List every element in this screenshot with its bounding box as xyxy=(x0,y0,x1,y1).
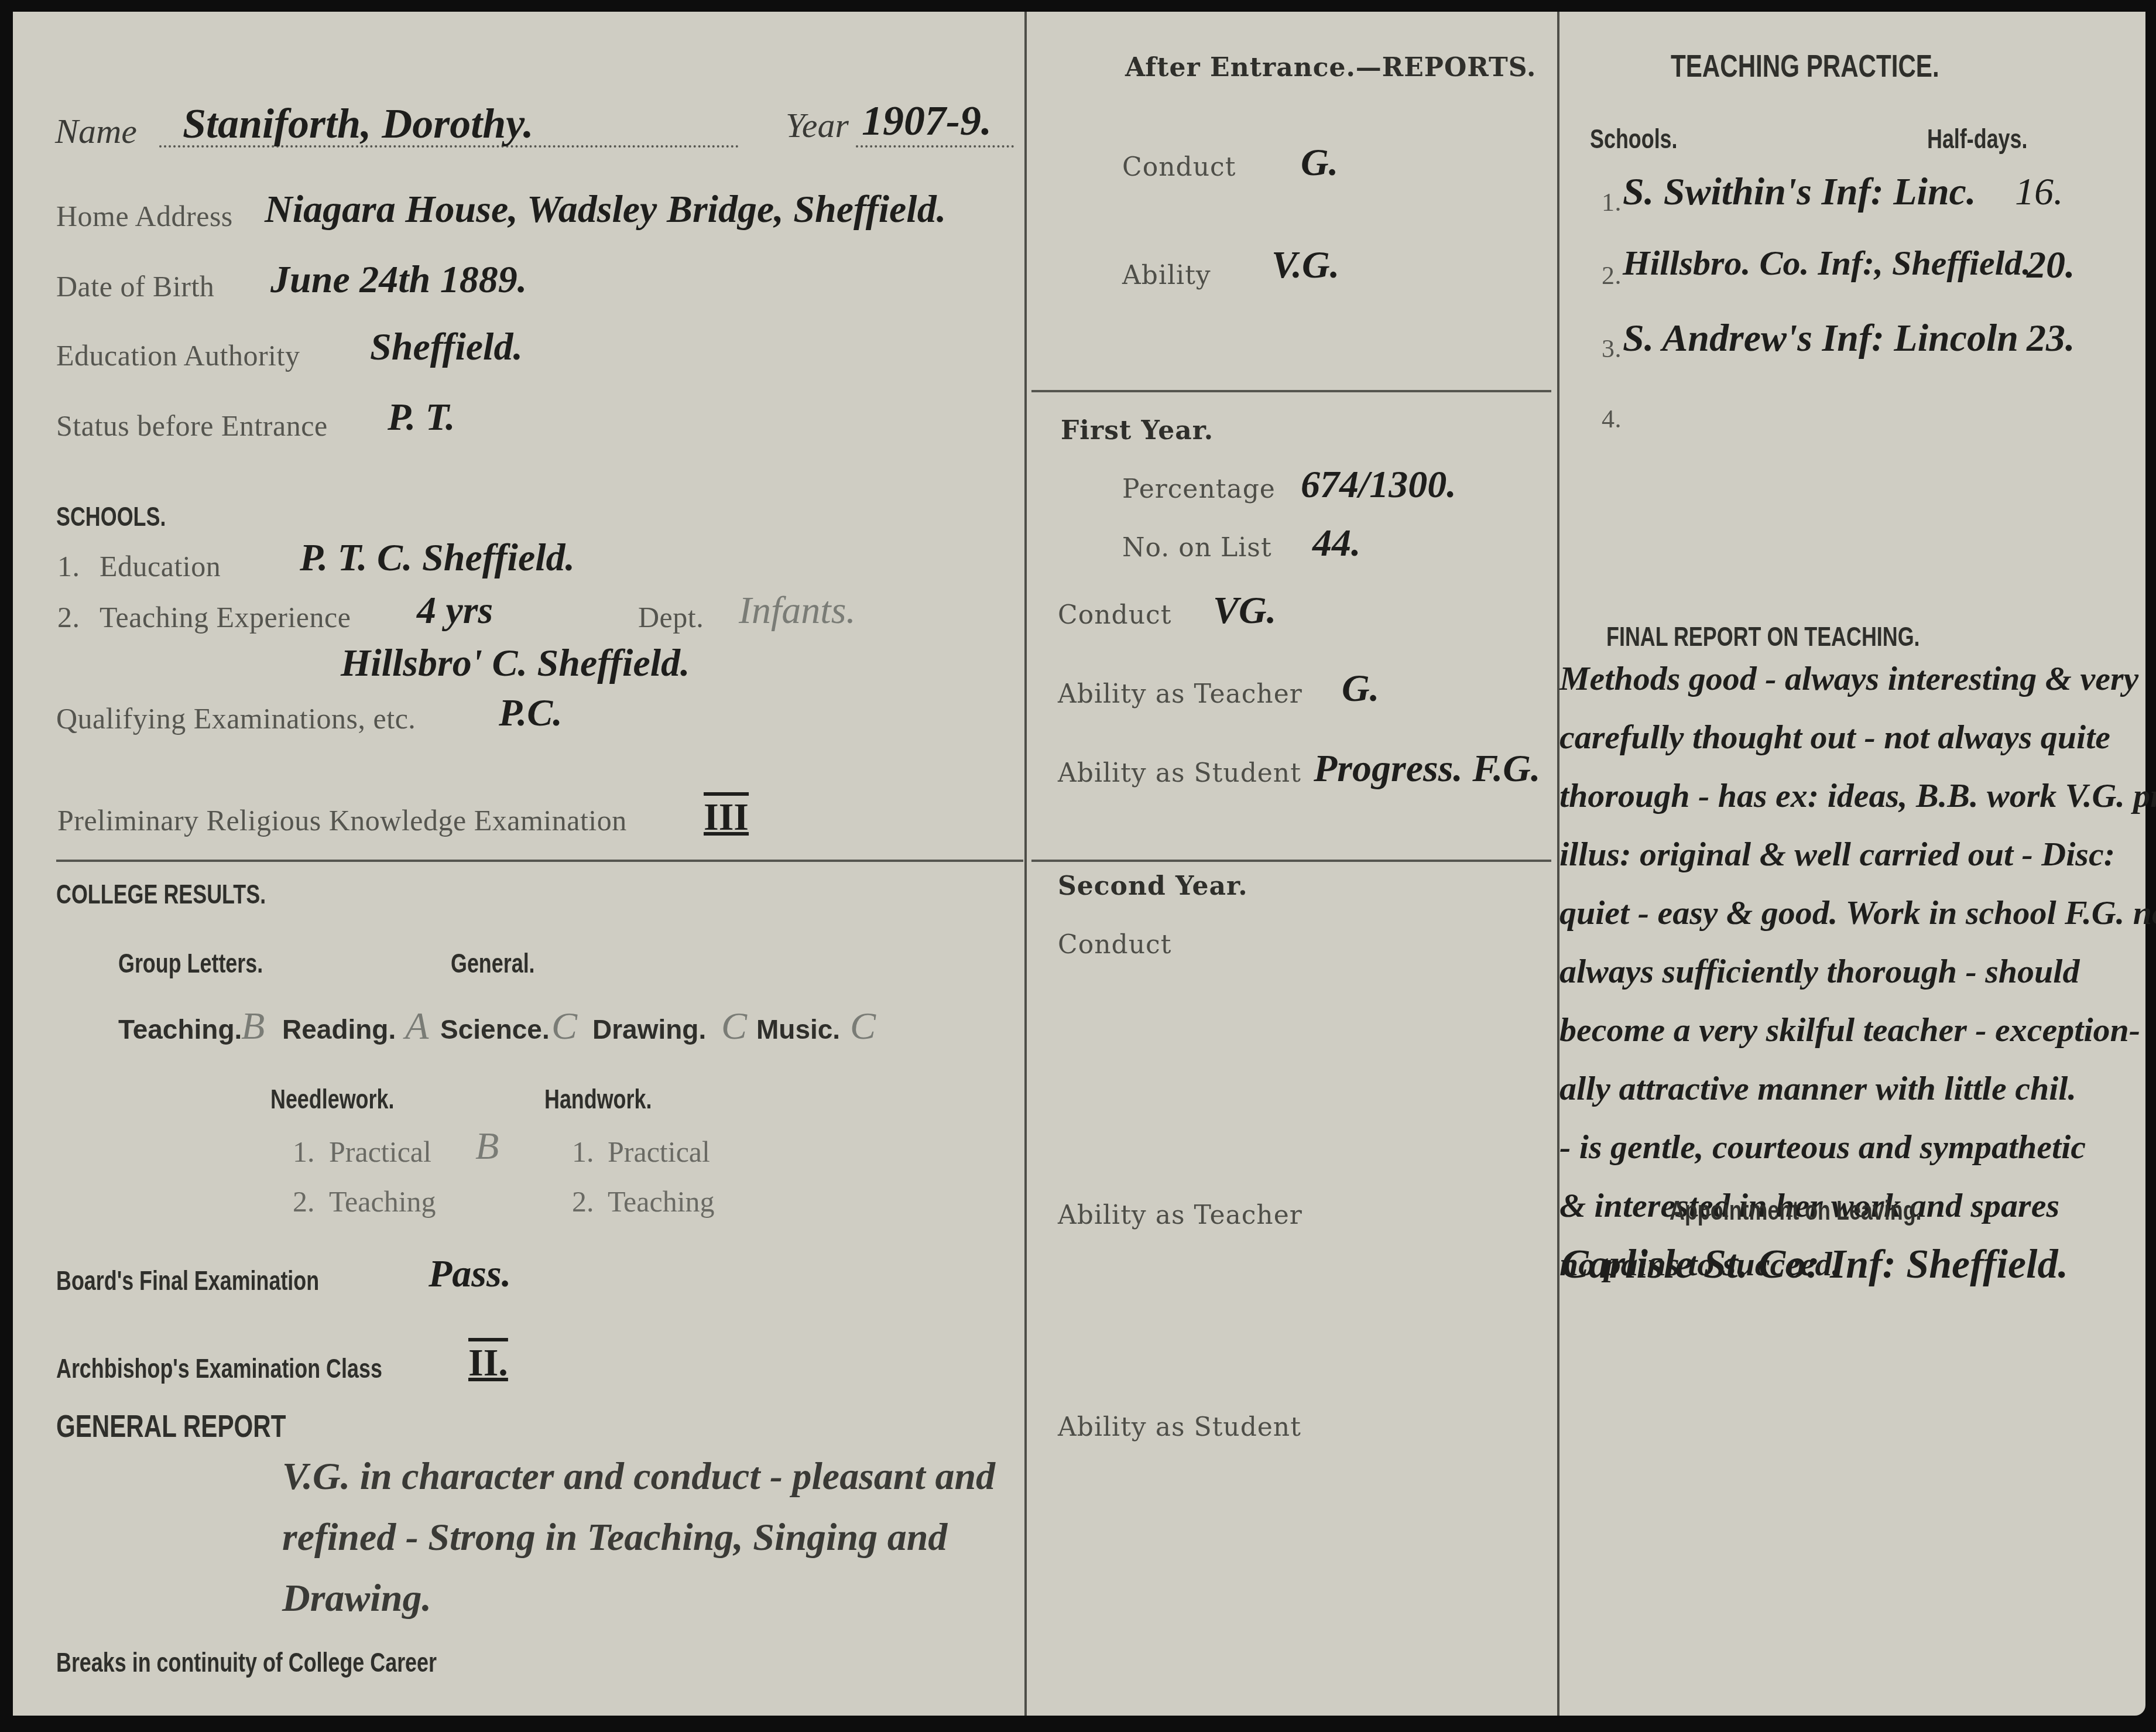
name-value: Staniforth, Dorothy. xyxy=(183,100,533,148)
list-number-label: No. on List xyxy=(1122,533,1272,563)
education-label: Education xyxy=(100,549,221,583)
entrance-conduct-label: Conduct xyxy=(1122,152,1236,182)
group-letters-label: Group Letters. xyxy=(118,947,263,979)
practice-row-halfdays: 16. xyxy=(2015,170,2064,214)
second-year-student-label: Ability as Student xyxy=(1058,1412,1301,1442)
handwork-teaching-label: Teaching xyxy=(608,1185,715,1218)
practice-row-halfdays: 23. xyxy=(2027,316,2075,361)
subject-music-grade: C xyxy=(850,1004,876,1049)
dob-value: June 24th 1889. xyxy=(270,258,527,302)
reports-heading: After Entrance.—REPORTS. xyxy=(1125,53,1536,83)
qualifying-value: P.C. xyxy=(499,691,563,735)
first-year-heading: First Year. xyxy=(1061,416,1214,446)
needlework-teaching-label: Teaching xyxy=(329,1185,436,1218)
dept-label: Dept. xyxy=(638,600,704,634)
boards-final-label: Board's Final Examination xyxy=(56,1265,319,1296)
subject-reading-label: Reading. xyxy=(282,1014,405,1045)
general-report-value: V.G. in character and conduct - pleasant… xyxy=(282,1446,1008,1629)
education-num: 1. xyxy=(57,549,80,583)
handwork-teaching-num: 2. xyxy=(572,1185,594,1218)
archbishop-value: II. xyxy=(468,1341,508,1385)
teaching-experience-num: 2. xyxy=(57,600,80,634)
name-label: Name xyxy=(55,111,137,152)
handwork-label: Handwork. xyxy=(544,1083,652,1115)
boards-final-value: Pass. xyxy=(429,1252,511,1296)
first-year-student-value: Progress. F.G. xyxy=(1314,747,1541,791)
needlework-label: Needlework. xyxy=(270,1083,394,1115)
final-report-line: Methods good - always interesting & very xyxy=(1559,659,2121,717)
practice-row-num: 4. xyxy=(1602,404,1622,434)
subject-drawing-label: Drawing. xyxy=(592,1014,721,1045)
first-year-teacher-label: Ability as Teacher xyxy=(1058,679,1302,709)
handwork-practical-num: 1. xyxy=(572,1135,594,1169)
final-report-line: carefully thought out - not always quite xyxy=(1559,717,2121,776)
general-label: General. xyxy=(451,947,535,979)
final-report-heading: FINAL REPORT ON TEACHING. xyxy=(1606,621,1920,652)
final-report-line: illus: original & well carried out - Dis… xyxy=(1559,834,2121,893)
appointment-heading: Appointment on Leaving. xyxy=(1670,1194,1922,1226)
final-report-line: thorough - has ex: ideas, B.B. work V.G.… xyxy=(1559,776,2121,834)
needlework-practical-num: 1. xyxy=(293,1135,315,1169)
general-report-label: GENERAL REPORT xyxy=(56,1408,286,1445)
practice-row-num: 3. xyxy=(1602,334,1622,364)
percentage-label: Percentage xyxy=(1122,474,1276,504)
divider-first-year xyxy=(1031,390,1551,392)
practice-row-school: S. Swithin's Inf: Linc. xyxy=(1623,170,1976,214)
archbishop-label: Archbishop's Examination Class xyxy=(56,1353,382,1384)
student-record-card: Name Staniforth, Dorothy. Year 1907-9. H… xyxy=(13,12,2145,1716)
prelim-rk-label: Preliminary Religious Knowledge Examinat… xyxy=(57,803,627,837)
qualifying-label: Qualifying Examinations, etc. xyxy=(56,701,416,735)
dept-value: Infants. xyxy=(739,588,856,633)
schools-heading: SCHOOLS. xyxy=(56,501,166,532)
second-year-conduct-label: Conduct xyxy=(1058,930,1171,960)
final-report-line: ally attractive manner with little chil. xyxy=(1559,1069,2121,1127)
practice-row-school: Hillsbro. Co. Inf:, Sheffield. xyxy=(1623,243,2031,283)
column-divider-left xyxy=(1024,12,1027,1716)
status-label: Status before Entrance xyxy=(56,409,328,443)
breaks-label: Breaks in continuity of College Career xyxy=(56,1647,437,1678)
year-label: Year xyxy=(786,105,849,146)
teaching-practice-heading: TEACHING PRACTICE. xyxy=(1671,48,1939,84)
subject-science-grade: C xyxy=(551,1004,592,1049)
percentage-value: 674/1300. xyxy=(1301,463,1456,507)
first-year-student-label: Ability as Student xyxy=(1058,758,1301,788)
appointment-value: Carlisle St. Co: Inf: Sheffield. xyxy=(1561,1241,2068,1288)
schools-column-label: Schools. xyxy=(1590,123,1678,155)
practice-row-num: 2. xyxy=(1602,261,1622,290)
halfdays-column-label: Half-days. xyxy=(1927,123,2027,155)
subject-science-label: Science. xyxy=(440,1014,551,1045)
practice-row-school: S. Andrew's Inf: Lincoln xyxy=(1623,316,2018,361)
dob-label: Date of Birth xyxy=(56,269,214,303)
prelim-rk-value: III xyxy=(704,795,749,840)
home-address-value: Niagara House, Wadsley Bridge, Sheffield… xyxy=(265,187,946,232)
second-year-heading: Second Year. xyxy=(1058,871,1248,901)
subject-teaching-grade: B xyxy=(241,1004,282,1049)
final-report-line: - is gentle, courteous and sympathetic xyxy=(1559,1127,2121,1186)
divider-second-year xyxy=(1031,860,1551,862)
needlework-practical-grade: B xyxy=(475,1124,499,1169)
college-results-heading: COLLEGE RESULTS. xyxy=(56,878,266,910)
practice-row-halfdays: 20. xyxy=(2027,243,2075,287)
final-report-line: become a very skilful teacher - exceptio… xyxy=(1559,1010,2121,1069)
first-year-conduct-value: VG. xyxy=(1213,588,1276,633)
education-value: P. T. C. Sheffield. xyxy=(300,536,575,580)
subject-grades-row: Teaching. B Reading. A Science. C Drawin… xyxy=(118,1004,876,1049)
year-dotted-line xyxy=(856,145,1014,148)
teaching-experience-value: 4 yrs xyxy=(417,588,493,633)
status-value: P. T. xyxy=(388,395,455,440)
education-authority-label: Education Authority xyxy=(56,338,300,372)
needlework-practical-label: Practical xyxy=(329,1135,431,1169)
subject-music-label: Music. xyxy=(756,1014,850,1045)
second-year-teacher-label: Ability as Teacher xyxy=(1058,1200,1302,1230)
first-year-teacher-value: G. xyxy=(1342,666,1379,711)
entrance-ability-label: Ability xyxy=(1122,261,1211,290)
education-authority-value: Sheffield. xyxy=(370,325,523,369)
subject-teaching-label: Teaching. xyxy=(118,1014,241,1045)
first-year-conduct-label: Conduct xyxy=(1058,600,1171,630)
teaching-experience-label: Teaching Experience xyxy=(100,600,351,634)
year-value: 1907-9. xyxy=(862,97,992,145)
handwork-practical-label: Practical xyxy=(608,1135,710,1169)
practice-row-num: 1. xyxy=(1602,187,1622,217)
home-address-label: Home Address xyxy=(56,199,233,233)
entrance-ability-value: V.G. xyxy=(1271,243,1339,287)
teaching-school-value: Hillsbro' C. Sheffield. xyxy=(341,641,690,686)
entrance-conduct-value: G. xyxy=(1301,141,1338,185)
final-report-line: always sufficiently thorough - should xyxy=(1559,951,2121,1010)
final-report-line: quiet - easy & good. Work in school F.G.… xyxy=(1559,893,2121,951)
divider-college-results xyxy=(56,860,1023,862)
subject-drawing-grade: C xyxy=(721,1004,756,1049)
subject-reading-grade: A xyxy=(405,1004,440,1049)
needlework-teaching-num: 2. xyxy=(293,1185,315,1218)
list-number-value: 44. xyxy=(1312,521,1361,566)
